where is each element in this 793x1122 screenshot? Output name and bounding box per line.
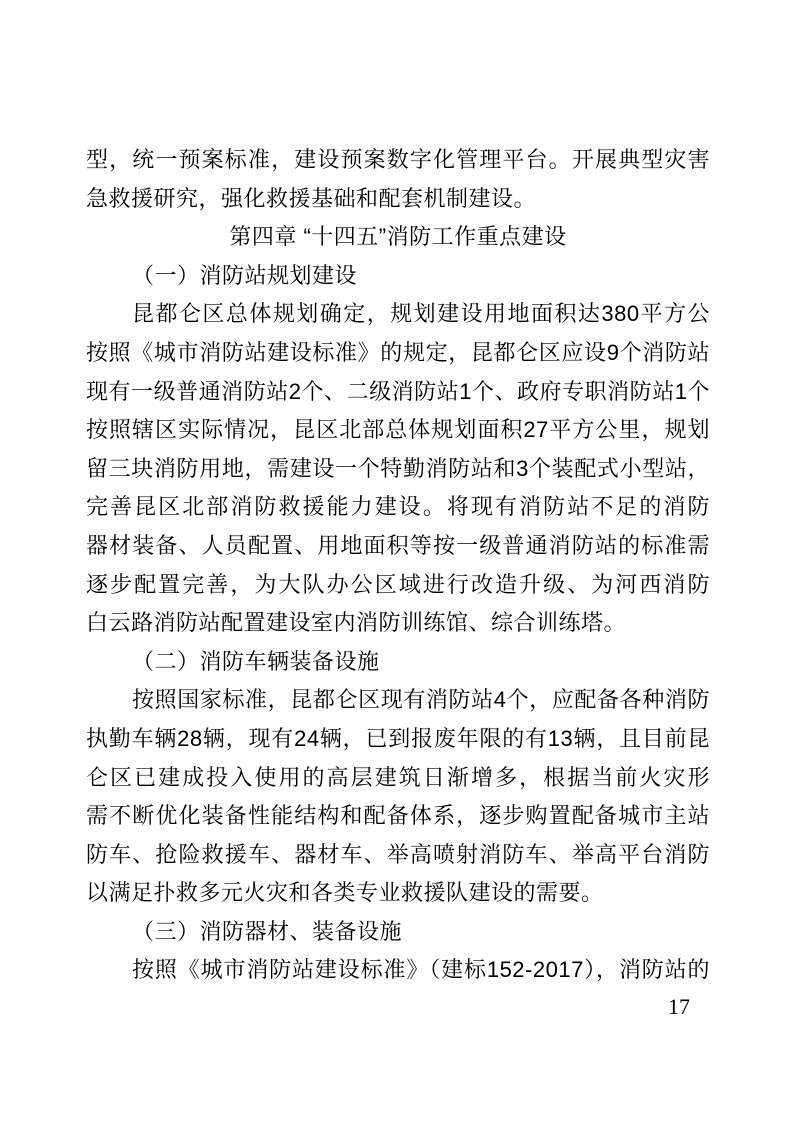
document-page: 型，统一预案标准，建设预案数字化管理平台。开展典型灾害应 急救援研究，强化救援基… (0, 0, 793, 1122)
text-line: 急救援研究，强化救援基础和配套机制建设。 (86, 180, 710, 219)
text-line: 按照国家标准，昆都仑区现有消防站4个，应配备各种消防 (86, 681, 710, 720)
text-line: 按照辖区实际情况，昆区北部总体规划面积27平方公里，规划预 (86, 411, 710, 450)
chapter-heading: 第四章 “十四五”消防工作重点建设 (86, 218, 710, 257)
section-heading: （二）消防车辆装备设施 (86, 643, 710, 682)
text-line: 完善昆区北部消防救援能力建设。将现有消防站不足的消防车、 (86, 488, 710, 527)
text-line: 现有一级普通消防站2个、二级消防站1个、政府专职消防站1个 (86, 373, 710, 412)
text-line: 仑区已建成投入使用的高层建筑日渐增多，根据当前火灾形势， (86, 759, 710, 798)
text-line: 逐步配置完善，为大队办公区域进行改造升级、为河西消防站、 (86, 566, 710, 605)
text-line: 留三块消防用地，需建设一个特勤消防站和3个装配式小型站， (86, 450, 710, 489)
document-body: 型，统一预案标准，建设预案数字化管理平台。开展典型灾害应 急救援研究，强化救援基… (86, 141, 710, 990)
text-line: 执勤车辆28辆，现有24辆，已到报废年限的有13辆，且目前昆都 (86, 720, 710, 759)
text-line: 白云路消防站配置建设室内消防训练馆、综合训练塔。 (86, 604, 710, 643)
text-line: 器材装备、人员配置、用地面积等按一级普通消防站的标准需要 (86, 527, 710, 566)
text-line: 按照《城市消防站建设标准》的规定，昆都仑区应设9个消防站 (86, 334, 710, 373)
text-line: 防车、抢险救援车、器材车、举高喷射消防车、举高平台消防车 (86, 836, 710, 875)
page-number: 17 (668, 994, 690, 1020)
text-line: 按照《城市消防站建设标准》（建标152-2017），消防站的 (86, 951, 710, 990)
text-line: 以满足扑救多元火灾和各类专业救援队建设的需要。 (86, 874, 710, 913)
section-heading: （三）消防器材、装备设施 (86, 913, 710, 952)
section-heading: （一）消防站规划建设 (86, 257, 710, 296)
text-line: 需不断优化装备性能结构和配备体系，逐步购置配备城市主站消 (86, 797, 710, 836)
text-line: 型，统一预案标准，建设预案数字化管理平台。开展典型灾害应 (86, 141, 710, 180)
text-line: 昆都仑区总体规划确定，规划建设用地面积达380平方公里 (86, 295, 710, 334)
